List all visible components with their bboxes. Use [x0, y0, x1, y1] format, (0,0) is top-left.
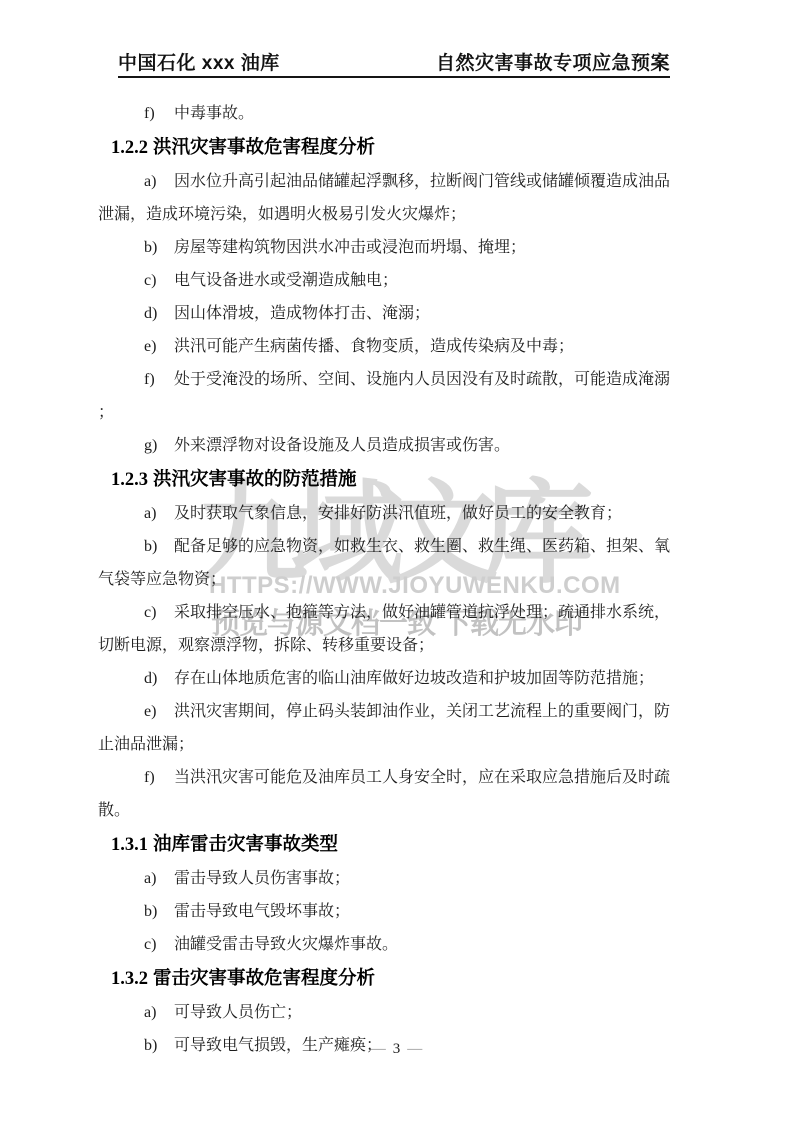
- list-item: g)外来漂浮物对设备设施及人员造成损害或伤害。: [98, 429, 670, 462]
- heading-number: 1.3.1: [111, 829, 153, 862]
- list-marker: b): [144, 231, 174, 264]
- list-marker: g): [144, 429, 174, 462]
- heading-number: 1.3.2: [111, 963, 153, 996]
- list-item: f)处于受淹没的场所、空间、设施内人员因没有及时疏散，可能造成淹溺；: [98, 363, 670, 429]
- list-text: 采取排空压水、抱箍等方法，做好油罐管道抗浮处理；疏通排水系统，切断电源，观察漂浮…: [98, 604, 670, 654]
- list-marker: d): [144, 662, 174, 695]
- list-text: 外来漂浮物对设备设施及人员造成损害或伤害。: [174, 437, 510, 454]
- document-page: 中国石化 xxx 油库 自然灾害事故专项应急预案 九域文库 HTTPS://WW…: [0, 0, 793, 1122]
- list-item: d)存在山体地质危害的临山油库做好边坡改造和护坡加固等防范措施；: [98, 662, 670, 695]
- heading-title: 油库雷击灾害事故类型: [153, 833, 338, 854]
- list-item: e)洪汛灾害期间，停止码头装卸油作业，关闭工艺流程上的重要阀门，防止油品泄漏；: [98, 695, 670, 761]
- heading-number: 1.2.3: [111, 464, 153, 497]
- section-heading: 1.3.1油库雷击灾害事故类型: [98, 827, 670, 862]
- footer-dash-left: —: [364, 1041, 393, 1057]
- list-text: 油罐受雷击导致火灾爆炸事故。: [174, 936, 398, 953]
- footer-dash-right: —: [400, 1041, 429, 1057]
- list-marker: e): [144, 330, 174, 363]
- list-item: e)洪汛可能产生病菌传播、食物变质，造成传染病及中毒；: [98, 330, 670, 363]
- list-text: 洪汛灾害期间，停止码头装卸油作业，关闭工艺流程上的重要阀门，防止油品泄漏；: [98, 703, 670, 753]
- list-text: 当洪汛灾害可能危及油库员工人身安全时，应在采取应急措施后及时疏散。: [98, 769, 670, 819]
- list-item: a)可导致人员伤亡；: [98, 996, 670, 1029]
- document-body: f)中毒事故。 1.2.2洪汛灾害事故危害程度分析 a)因水位升高引起油品储罐起…: [98, 97, 670, 1062]
- list-text: 雷击导致人员伤害事故；: [174, 870, 350, 887]
- list-marker: a): [144, 862, 174, 895]
- heading-title: 洪汛灾害事故的防范措施: [153, 468, 357, 489]
- heading-number: 1.2.2: [111, 132, 153, 165]
- list-marker: e): [144, 695, 174, 728]
- list-marker: f): [144, 761, 174, 794]
- list-marker: a): [144, 165, 174, 198]
- list-marker: b): [144, 530, 174, 563]
- list-item: b)房屋等建构筑物因洪水冲击或浸泡而坍塌、掩埋；: [98, 231, 670, 264]
- heading-title: 雷击灾害事故危害程度分析: [153, 967, 375, 988]
- list-item: b)雷击导致电气毁坏事故；: [98, 895, 670, 928]
- list-text: 及时获取气象信息，安排好防洪汛值班，做好员工的安全教育；: [174, 505, 622, 522]
- list-item: a)雷击导致人员伤害事故；: [98, 862, 670, 895]
- list-marker: f): [144, 97, 174, 130]
- list-marker: c): [144, 596, 174, 629]
- list-item: a)因水位升高引起油品储罐起浮飘移，拉断阀门管线或储罐倾覆造成油品泄漏，造成环境…: [98, 165, 670, 231]
- list-item: c)油罐受雷击导致火灾爆炸事故。: [98, 928, 670, 961]
- list-text: 因水位升高引起油品储罐起浮飘移，拉断阀门管线或储罐倾覆造成油品泄漏，造成环境污染…: [98, 173, 670, 223]
- list-marker: f): [144, 363, 174, 396]
- list-text: 中毒事故。: [174, 105, 254, 122]
- list-item: b)配备足够的应急物资，如救生衣、救生圈、救生绳、医药箱、担架、氧气袋等应急物资…: [98, 530, 670, 596]
- list-text: 雷击导致电气毁坏事故；: [174, 903, 350, 920]
- list-item: c)采取排空压水、抱箍等方法，做好油罐管道抗浮处理；疏通排水系统，切断电源，观察…: [98, 596, 670, 662]
- list-text: 洪汛可能产生病菌传播、食物变质，造成传染病及中毒；: [174, 338, 574, 355]
- list-marker: c): [144, 264, 174, 297]
- section-heading: 1.2.2洪汛灾害事故危害程度分析: [98, 130, 670, 165]
- header-left-title: 中国石化 xxx 油库: [118, 54, 280, 73]
- list-text: 处于受淹没的场所、空间、设施内人员因没有及时疏散，可能造成淹溺；: [98, 371, 670, 421]
- list-text: 配备足够的应急物资，如救生衣、救生圈、救生绳、医药箱、担架、氧气袋等应急物资；: [98, 538, 670, 588]
- list-item: f)中毒事故。: [98, 97, 670, 130]
- heading-title: 洪汛灾害事故危害程度分析: [153, 136, 375, 157]
- list-marker: d): [144, 297, 174, 330]
- list-text: 存在山体地质危害的临山油库做好边坡改造和护坡加固等防范措施；: [174, 670, 654, 687]
- list-text: 可导致人员伤亡；: [174, 1004, 302, 1021]
- header-right-title: 自然灾害事故专项应急预案: [436, 54, 670, 73]
- list-marker: a): [144, 497, 174, 530]
- list-text: 因山体滑坡，造成物体打击、淹溺；: [174, 305, 430, 322]
- list-marker: b): [144, 895, 174, 928]
- list-marker: a): [144, 996, 174, 1029]
- list-item: a)及时获取气象信息，安排好防洪汛值班，做好员工的安全教育；: [98, 497, 670, 530]
- section-heading: 1.3.2雷击灾害事故危害程度分析: [98, 961, 670, 996]
- list-text: 房屋等建构筑物因洪水冲击或浸泡而坍塌、掩埋；: [174, 239, 526, 256]
- list-text: 电气设备进水或受潮造成触电；: [174, 272, 398, 289]
- page-header: 中国石化 xxx 油库 自然灾害事故专项应急预案: [118, 50, 670, 78]
- list-item: c)电气设备进水或受潮造成触电；: [98, 264, 670, 297]
- list-marker: c): [144, 928, 174, 961]
- page-footer: —3—: [0, 1040, 793, 1058]
- list-item: f)当洪汛灾害可能危及油库员工人身安全时，应在采取应急措施后及时疏散。: [98, 761, 670, 827]
- section-heading: 1.2.3洪汛灾害事故的防范措施: [98, 462, 670, 497]
- list-item: d)因山体滑坡，造成物体打击、淹溺；: [98, 297, 670, 330]
